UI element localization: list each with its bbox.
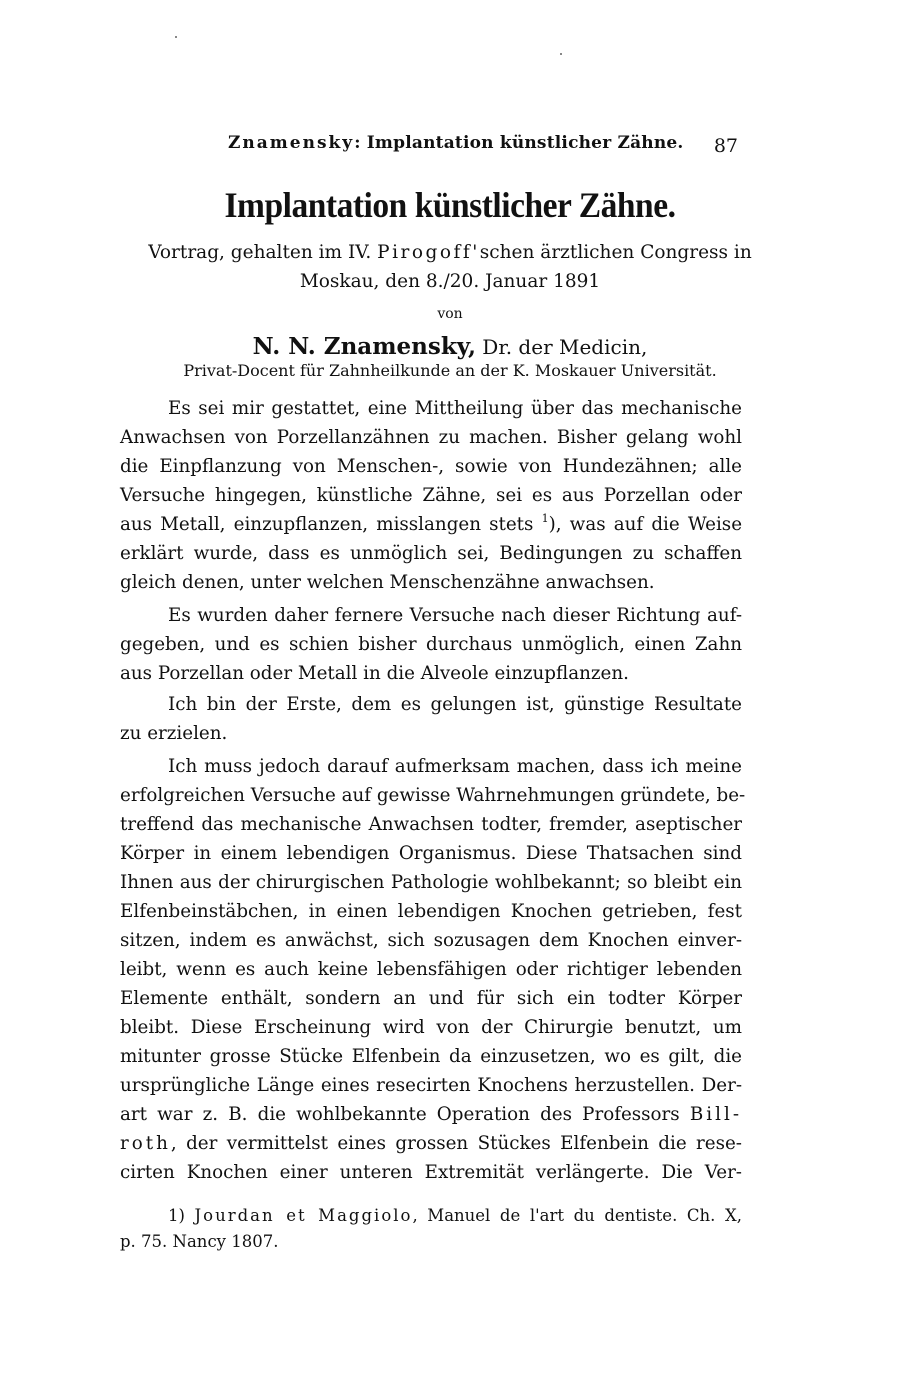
subtitle-line-1: Vortrag, gehalten im IV. Pirogoff'schen … (0, 242, 900, 263)
footnote-line-1: 1) Jourdan et Maggiolo, Manuel de l'art … (168, 1206, 742, 1230)
body-line: cirten Knochen einer unteren Extremität … (120, 1162, 742, 1190)
page-number: 87 (714, 135, 738, 157)
body-line: Körper in einem lebendigen Organismus. D… (120, 843, 742, 871)
body-line: erfolgreichen Versuche auf gewisse Wahrn… (120, 785, 742, 813)
body-line: roth, der vermittelst eines grossen Stüc… (120, 1133, 742, 1161)
body-line: treffend das mechanische Anwachsen todte… (120, 814, 742, 842)
body-line: Ich bin der Erste, dem es gelungen ist, … (168, 694, 742, 722)
article-title: Implantation künstlicher Zähne. (32, 184, 869, 226)
scan-speck (175, 36, 177, 38)
body-line: erklärt wurde, dass es unmöglich sei, Be… (120, 543, 742, 571)
body-line: Es wurden daher fernere Versuche nach di… (168, 605, 742, 633)
body-line: Elemente enthält, sondern an und für sic… (120, 988, 742, 1016)
scan-speck (560, 53, 562, 55)
running-head-title: Znamensky: Implantation künstlicher Zähn… (228, 133, 684, 153)
body-line: gleich denen, unter welchen Menschenzähn… (120, 572, 742, 600)
footnote-line-2: p. 75. Nancy 1807. (120, 1232, 742, 1256)
subtitle-line-2: Moskau, den 8./20. Januar 1891 (0, 271, 900, 292)
body-line: bleibt. Diese Erscheinung wird von der C… (120, 1017, 742, 1045)
body-line: Es sei mir gestattet, eine Mittheilung ü… (168, 398, 742, 426)
body-line: gegeben, und es schien bisher durchaus u… (120, 634, 742, 662)
body-line: aus Porzellan oder Metall in die Alveole… (120, 663, 742, 691)
body-line: Elfenbeinstäbchen, in einen lebendigen K… (120, 901, 742, 929)
running-head: Znamensky: Implantation künstlicher Zähn… (228, 133, 738, 157)
body-line: art war z. B. die wohlbekannte Operation… (120, 1104, 742, 1132)
body-line: leibt, wenn es auch keine lebensfähigen … (120, 959, 742, 987)
body-line: die Einpflanzung von Menschen-, sowie vo… (120, 456, 742, 484)
author-degree: Dr. der Medicin, (476, 335, 647, 359)
document-page: Znamensky: Implantation künstlicher Zähn… (0, 0, 900, 1386)
footnote-ref[interactable]: 1 (542, 512, 549, 525)
author-name: N. N. Znamensky, (253, 333, 476, 360)
body-line: Ich muss jedoch darauf aufmerksam machen… (168, 756, 742, 784)
body-line: Anwachsen von Porzellanzähnen zu machen.… (120, 427, 742, 455)
body-line: Versuche hingegen, künstliche Zähne, sei… (120, 485, 742, 513)
byline-von: von (0, 306, 900, 322)
body-line: mitunter grosse Stücke Elfenbein da einz… (120, 1046, 742, 1074)
body-line: sitzen, indem es anwächst, sich sozusage… (120, 930, 742, 958)
body-line: aus Metall, einzupflanzen, misslangen st… (120, 514, 742, 542)
body-line: zu erzielen. (120, 723, 742, 751)
author-affiliation: Privat-Docent für Zahnheilkunde an der K… (0, 361, 900, 380)
body-line: Ihnen aus der chirurgischen Pathologie w… (120, 872, 742, 900)
author-line: N. N. Znamensky, Dr. der Medicin, (0, 333, 900, 360)
body-line: ursprüngliche Länge eines resecirten Kno… (120, 1075, 742, 1103)
